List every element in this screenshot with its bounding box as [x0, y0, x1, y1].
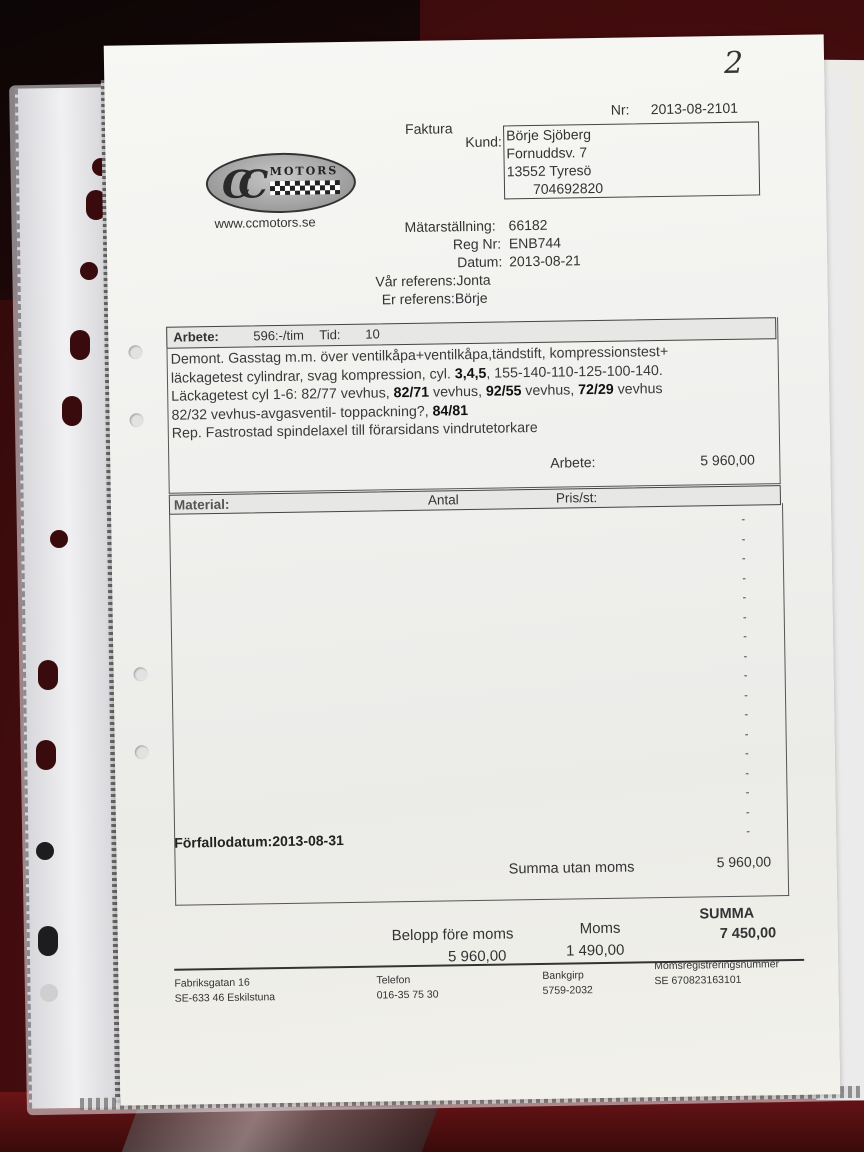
reg-label: Reg Nr: — [453, 236, 501, 253]
material-row-value: - — [739, 592, 749, 612]
page-mark: 2 — [724, 46, 744, 81]
material-row-value: - — [742, 767, 752, 787]
footer-phone: Telefon016-35 75 30 — [376, 973, 438, 1004]
sum-excl-vat-label: Summa utan moms — [509, 859, 635, 877]
punch-hole-icon — [38, 660, 58, 690]
date-value: 2013-08-21 — [509, 252, 581, 269]
odometer-value: 66182 — [508, 217, 547, 234]
punch-hole-icon — [62, 396, 82, 426]
footer-address: Fabriksgatan 16SE-633 46 Eskilstuna — [174, 975, 275, 1007]
material-row-value: - — [740, 650, 750, 670]
date-label: Datum: — [457, 253, 502, 270]
material-row-value: - — [742, 728, 752, 748]
company-logo: CC MOTORS — [205, 152, 356, 214]
material-row-value: - — [739, 572, 749, 592]
due-date: Förfallodatum:2013-08-31 — [174, 832, 344, 851]
material-row-value: - — [741, 709, 751, 729]
invoice-paper: 2 CC MOTORS www.ccmotors.se Faktura Nr: … — [104, 34, 841, 1105]
punch-hole-icon — [80, 262, 98, 280]
footer-bankgiro: Bankgirp5759-2032 — [542, 968, 593, 999]
your-reference: Er referens:Börje — [382, 290, 488, 308]
time-label: Tid: — [319, 327, 340, 342]
company-website: www.ccmotors.se — [214, 214, 315, 231]
vat-value: 1 490,00 — [566, 942, 625, 960]
work-subtotal-value: 5 960,00 — [700, 452, 755, 469]
checkered-flag-icon — [270, 180, 340, 195]
punch-hole-icon — [36, 740, 56, 770]
material-row-value: - — [741, 689, 751, 709]
work-description: Demont. Gasstag m.m. över ventilkåpa+ven… — [171, 341, 772, 443]
total-value: 7 450,00 — [720, 925, 777, 942]
sum-excl-vat-value: 5 960,00 — [716, 853, 771, 870]
paper-hole-icon — [128, 345, 142, 359]
quantity-header: Antal — [428, 492, 459, 507]
odometer-label: Mätarställning: — [404, 218, 495, 235]
material-row-value: - — [740, 611, 750, 631]
vat-label: Moms — [580, 920, 621, 938]
material-row-value: - — [740, 631, 750, 651]
material-row-value: - — [741, 670, 751, 690]
logo-word: MOTORS — [270, 164, 339, 178]
total-label: SUMMA — [699, 906, 754, 923]
material-row-value: - — [743, 826, 753, 846]
customer-number: 704692820 — [505, 176, 759, 198]
paper-hole-icon — [135, 745, 149, 759]
hourly-rate: 596:-/tim — [253, 328, 304, 344]
material-row-values: ----------------- — [738, 514, 753, 846]
punch-hole-icon — [70, 330, 90, 360]
logo-initials: CC — [222, 161, 255, 207]
punch-hole-icon — [40, 984, 58, 1002]
work-subtotal-label: Arbete: — [550, 454, 595, 471]
punch-hole-icon — [50, 530, 68, 548]
customer-label: Kund: — [465, 133, 502, 150]
material-row-value: - — [738, 514, 748, 534]
footer-vat-registration: MomsregistreringsnummerSE 670823163101 — [654, 957, 779, 989]
material-row-value: - — [739, 553, 749, 573]
customer-address-box: Börje Sjöberg Fornuddsv. 7 13552 Tyresö … — [503, 121, 760, 199]
time-value: 10 — [365, 326, 380, 341]
paper-hole-icon — [133, 667, 147, 681]
before-vat-label: Belopp före moms — [392, 925, 514, 944]
material-row-value: - — [738, 533, 748, 553]
punch-hole-icon — [38, 926, 58, 956]
our-reference: Vår referens:Jonta — [375, 272, 490, 290]
document-type: Faktura — [405, 120, 453, 137]
work-label: Arbete: — [173, 329, 219, 345]
material-label: Material: — [174, 497, 230, 513]
invoice-number: 2013-08-2101 — [651, 100, 738, 117]
punch-hole-icon — [36, 842, 54, 860]
price-header: Pris/st: — [556, 490, 597, 506]
invoice-number-label: Nr: — [611, 101, 630, 117]
paper-hole-icon — [129, 413, 143, 427]
material-row-value: - — [743, 806, 753, 826]
material-row-value: - — [742, 748, 752, 768]
material-row-value: - — [742, 787, 752, 807]
background-metal — [122, 1107, 438, 1152]
reg-value: ENB744 — [509, 235, 561, 252]
